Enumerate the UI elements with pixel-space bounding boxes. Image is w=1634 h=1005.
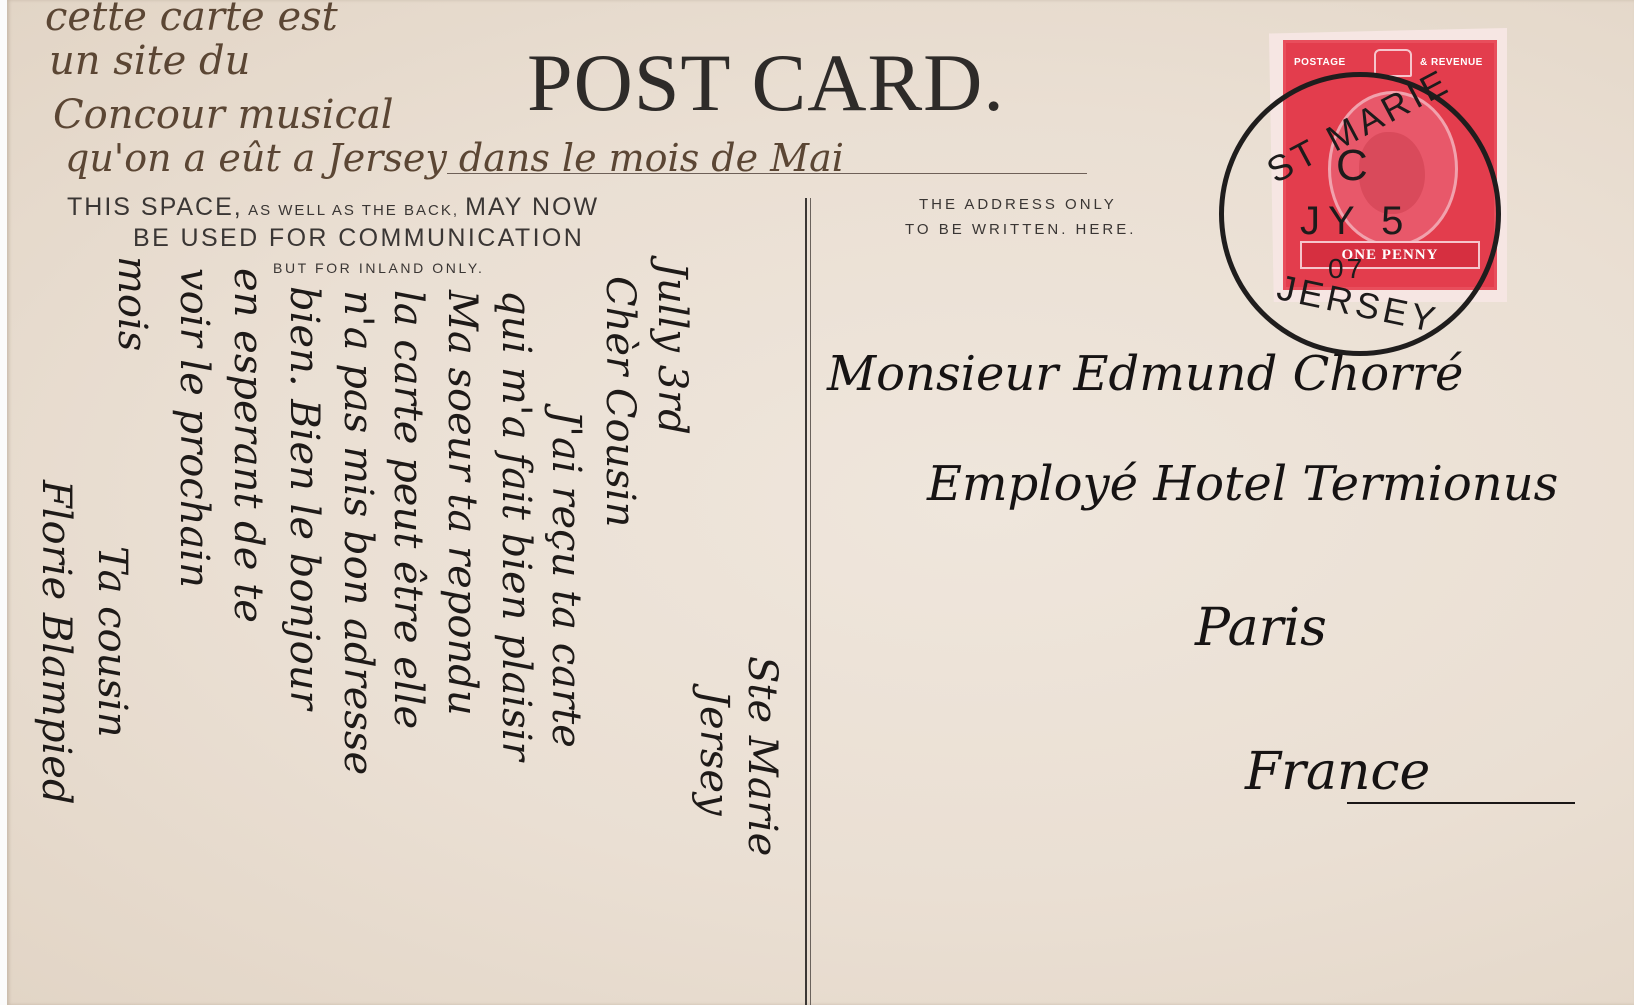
note-line: un site du bbox=[49, 38, 250, 84]
communication-instruction: BE USED FOR COMMUNICATION bbox=[133, 224, 584, 253]
message-line: la carte peut être elle bbox=[385, 290, 431, 729]
page-title: POST CARD. bbox=[527, 36, 1005, 130]
note-line: Concour musical bbox=[53, 92, 394, 138]
note-underline bbox=[447, 173, 1087, 174]
postmark: ST MARIE C JY 5 07 JERSEY bbox=[1219, 72, 1501, 356]
message-line: voir le prochain bbox=[171, 268, 217, 588]
message-line: n'a pas mis bon adresse bbox=[335, 290, 381, 775]
center-divider bbox=[805, 198, 811, 1005]
message-line: bien. Bien le bonjour bbox=[281, 286, 327, 710]
message-line: J'ai reçu ta carte bbox=[543, 410, 589, 748]
message-line: en esperant de te bbox=[225, 268, 271, 623]
message-date: Jully 3rd bbox=[649, 262, 695, 435]
message-signoff: Ta cousin bbox=[89, 546, 135, 737]
communication-instruction: THIS SPACE, AS WELL AS THE BACK, MAY NOW bbox=[67, 193, 599, 222]
note-line: cette carte est bbox=[45, 0, 338, 40]
message-place: Ste Marie bbox=[739, 656, 785, 856]
postcard: cette carte est un site du Concour music… bbox=[7, 0, 1634, 1005]
message-line: mois bbox=[109, 256, 155, 351]
message-signature: Florie Blampied bbox=[33, 480, 79, 805]
message-line: qui m'a fait bien plaisir bbox=[493, 290, 539, 761]
message-place: Jersey bbox=[691, 690, 737, 816]
communication-instruction: BUT FOR INLAND ONLY. bbox=[273, 260, 484, 276]
address-line: France bbox=[1245, 742, 1430, 802]
address-instruction: THE ADDRESS ONLY bbox=[919, 196, 1117, 213]
message-line: Ma soeur ta repondu bbox=[439, 290, 485, 716]
address-line: Employé Hotel Termionus bbox=[927, 456, 1558, 512]
postmark-code: C bbox=[1336, 141, 1368, 191]
address-line: Paris bbox=[1195, 598, 1327, 658]
stamp-label-left: POSTAGE bbox=[1294, 57, 1346, 68]
message-line: Chèr Cousin bbox=[597, 276, 643, 527]
address-instruction: TO BE WRITTEN. HERE. bbox=[905, 221, 1136, 238]
address-underline bbox=[1347, 802, 1575, 804]
postmark-date: JY 5 bbox=[1300, 199, 1411, 244]
